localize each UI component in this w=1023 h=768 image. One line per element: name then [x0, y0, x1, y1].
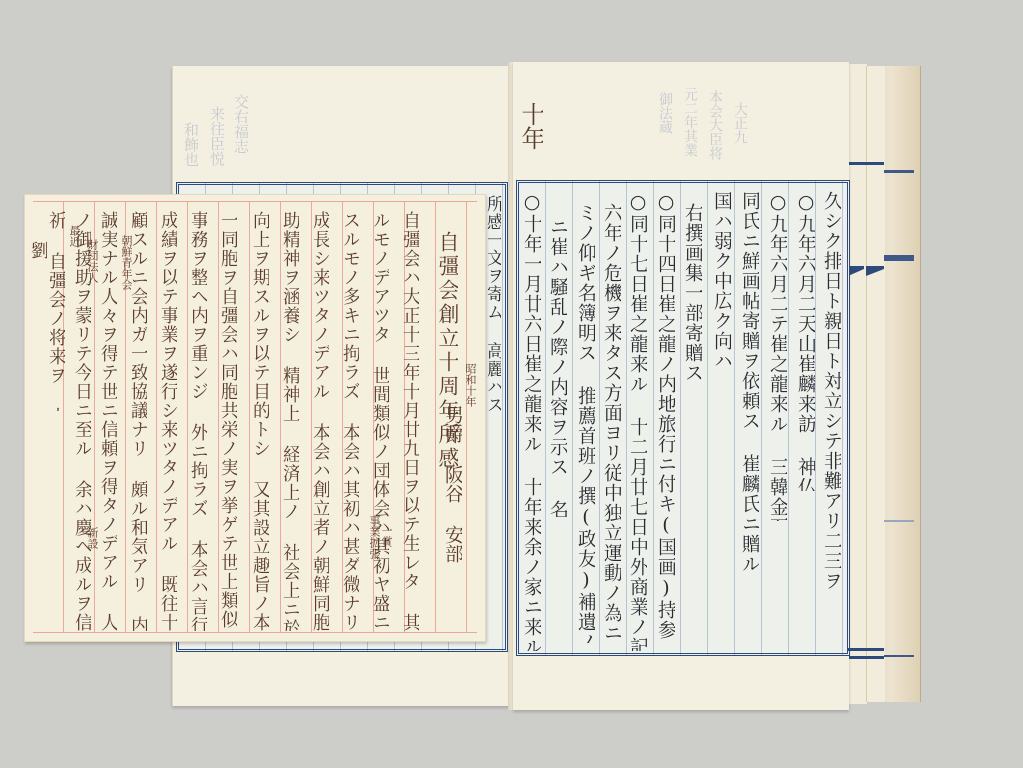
right-page-ghost-text: 元二年其業 [683, 87, 697, 187]
right-page-ghost-text: 御法蔵 [658, 92, 672, 172]
left-page-ghost-text: 来往臣悦 [209, 106, 224, 186]
stacked-page-rule [848, 162, 884, 165]
slip-margin-note: 新設 [87, 527, 98, 567]
right-page-entry: ○九年六月二天山崔麟来訪 神仏折衷論ヲ聴ク [796, 191, 815, 491]
stacked-page [848, 64, 867, 704]
right-page-entry: 国ハ弱ク中広ク向ハシム [712, 191, 731, 371]
right-page-entry: 久シク排日ト親日ト対立シテ非難アリ二三ヲ連繋リ [822, 191, 841, 591]
right-page-ghost-text: 本会大臣将 [708, 90, 722, 180]
slip-margin-note: 事業拡張 [369, 515, 380, 575]
right-page-top-heading: 十年 [519, 102, 543, 162]
right-page-entry: ○九年六月二テ崔之龍来ル 三韓金石文内容等ヲ貽ル [768, 191, 787, 521]
manuscript-slip: 自彊会創立十周年所感 昭和十年 男爵 阪谷 安部 自彊会ハ大正十三年十月廿九日ヲ… [24, 194, 486, 642]
slip-date-note: 昭和十年 [465, 363, 476, 423]
slip-body-column: 成績ヲ以テ事業ヲ遂行シ来ツタノデアル 既往十年ヲ回 [159, 211, 177, 631]
right-page-entry: ○十年一月廿六日崔之龍来ル 十年来余ノ家ニ来ルコト三回 [522, 191, 541, 651]
left-page-ghost-text: 交右福志 [233, 94, 248, 174]
slip-body-column: 自彊会ハ大正十三年十月廿九日ヲ以テ生レタ 其初ハ甚ダ微々タ [401, 211, 419, 631]
slip-margin-note: 一賞 [381, 525, 392, 565]
slip-margin-note: 朝鮮青年会 [121, 235, 132, 315]
slip-body-column: 誠実ナル人々ヲ得テ世ニ信頼ヲ得タノデアル 人々有リ 是レ [99, 211, 117, 631]
slip-body-column: 成長シ来ツタノデアル 本会ハ創立者ノ朝鮮同胞ノ自 [311, 211, 329, 631]
slip-body-column: 向上ヲ期スルヲ以テ目的トシ 又其設立趣旨ノ本ニ因リ来 [251, 211, 269, 631]
stacked-page-rule [848, 656, 884, 659]
stacked-page-rule-lower [884, 255, 914, 261]
stacked-page-rule-lower [884, 655, 914, 657]
right-page-entry: ニ崔ハ騒乱ノ際ノ内容ヲ示ス 名簿明示 [548, 217, 567, 517]
slip-body-column: 事務ヲ整ヘ内ヲ重ンジ 外ニ拘ラズ 本会ハ言行一致ノ [189, 211, 207, 631]
right-page-entry: ○同十七日崔之龍来ル 十二月廿七日中外商業ノ記事三五 [628, 191, 647, 651]
right-page-ruled-frame: 久シク排日ト親日ト対立シテ非難アリ二三ヲ連繋リ ○九年六月二天山崔麟来訪 神仏折… [516, 180, 850, 656]
slip-body-column: 劉 [29, 241, 47, 281]
slip-body-column: 助精神ヲ涵養シ 精神上 経済上ノ 社会上ニ於ケル地位ノ [281, 211, 299, 631]
right-page-lower-rule [848, 648, 884, 651]
right-page-ghost-text: 大正九 [733, 102, 747, 162]
right-page-entry: ○同十四日崔之龍ノ内地旅行ニ付キ(国画)持参 [656, 191, 675, 651]
slip-body-column: 一同胞ヲ自彊会ハ同胞共栄ノ実ヲ挙ゲテ世上類似ノ会ハ [219, 211, 237, 631]
left-page-heading: 所感一文ヲ寄ム 高麗ハスケツチ [484, 195, 501, 415]
right-page-entry: 右撰画集一部寄贈ス [683, 203, 702, 403]
right-page-entry: 六年ノ危機ヲ来タス方面ヨリ従中独立運動ノ為ニ方針ヲ三云 [602, 203, 621, 643]
stacked-page-rule-lower [884, 170, 914, 173]
slip-body-column: 祈 自彊会ノ将来ヲ 十周年 記 所感ナリ [47, 211, 65, 411]
right-page-entry: ミノ仰ギ名簿明ス 推薦首班ノ撰(政友)補遺ノ文ニ足 [576, 203, 595, 643]
slip-margin-note: 財団法人 [87, 239, 98, 299]
right-page-entry: 同氏ニ鮮画帖寄贈ヲ依頼ス 崔麟氏ニ贈ル [740, 191, 759, 591]
slip-author: 男爵 阪谷 安部 [443, 405, 462, 585]
slip-margin-note: 最近 [69, 225, 80, 265]
stacked-page-rule-lower [884, 520, 914, 522]
slip-body-column: スルモノ多キニ拘ラズ 本会ハ其初ハ甚ダ微ナリシモ漸々隆盛ニ [341, 211, 359, 631]
